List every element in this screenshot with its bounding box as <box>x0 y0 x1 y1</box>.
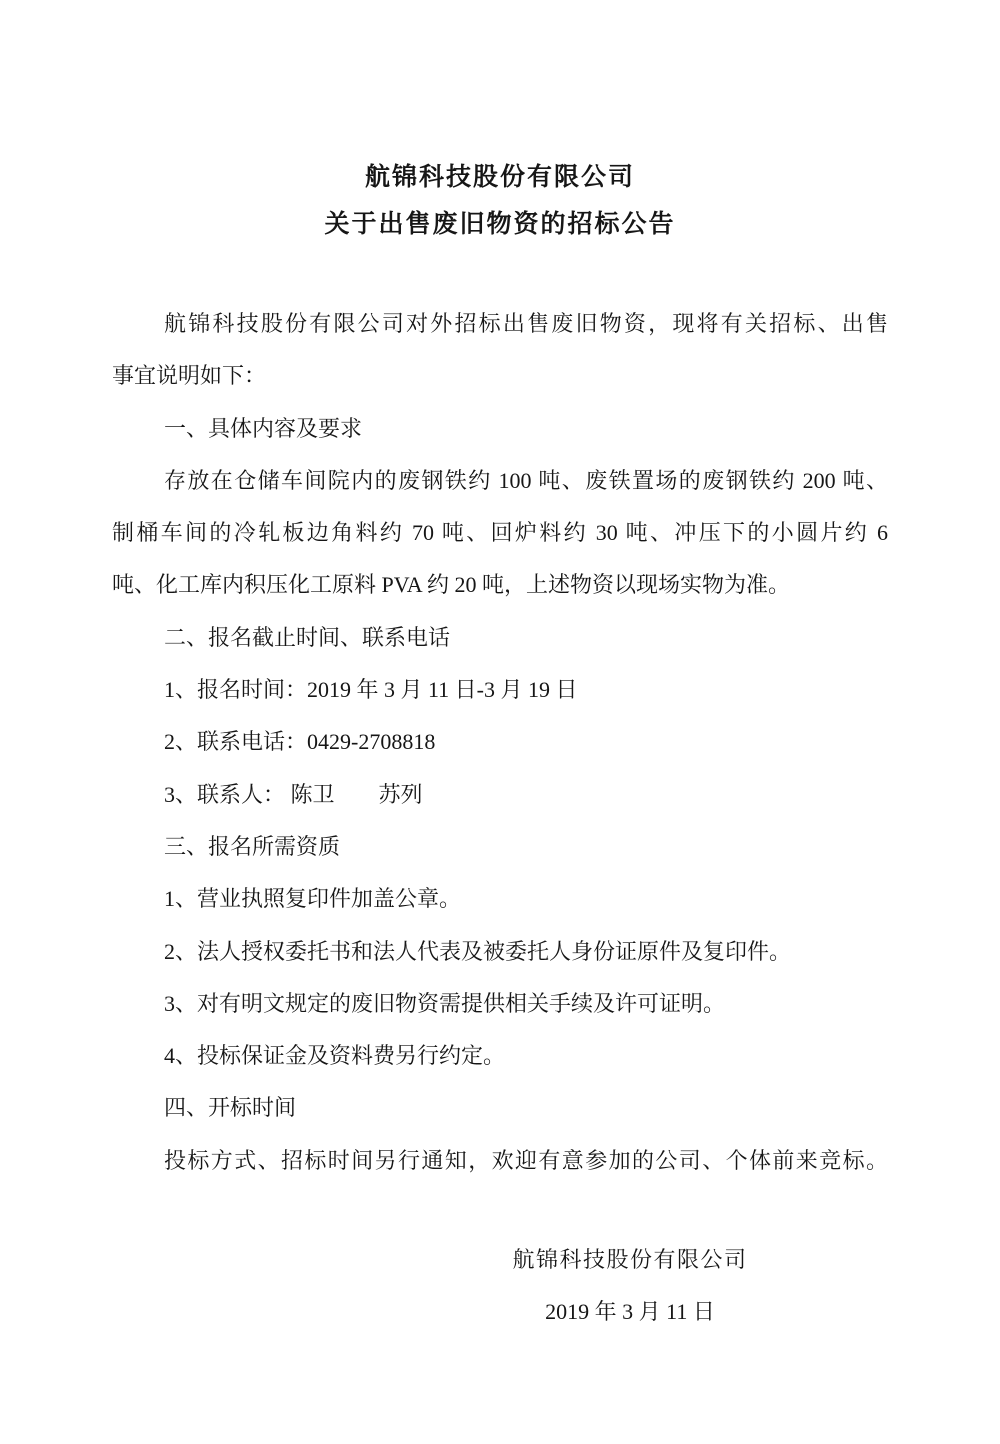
body-line-13: 2、法人授权委托书和法人代表及被委托人身份证原件及复印件。 <box>112 926 888 978</box>
signature-block: 航锦科技股份有限公司 2019 年 3 月 11 日 <box>372 1234 888 1339</box>
body-line-16: 四、开标时间 <box>112 1082 888 1134</box>
body-line-11: 三、报名所需资质 <box>112 821 888 873</box>
body-line-14: 3、对有明文规定的废旧物资需提供相关手续及许可证明。 <box>112 978 888 1030</box>
signature-company: 航锦科技股份有限公司 <box>372 1234 888 1286</box>
body-line-4: 存放在仓储车间院内的废钢铁约 100 吨、废铁置场的废钢铁约 200 吨、 <box>112 455 888 507</box>
signature-date: 2019 年 3 月 11 日 <box>372 1286 888 1338</box>
document-page: 航锦科技股份有限公司 关于出售废旧物资的招标公告 航锦科技股份有限公司对外招标出… <box>0 0 1000 1444</box>
body-line-3: 一、具体内容及要求 <box>112 403 888 455</box>
body-line-10: 3、联系人： 陈卫 苏列 <box>112 769 888 821</box>
body-line-5: 制桶车间的冷轧板边角料约 70 吨、回炉料约 30 吨、冲压下的小圆片约 6 <box>112 507 888 559</box>
body-line-8: 1、报名时间：2019 年 3 月 11 日-3 月 19 日 <box>112 664 888 716</box>
document-body: 航锦科技股份有限公司对外招标出售废旧物资，现将有关招标、出售 事宜说明如下： 一… <box>112 298 888 1187</box>
body-line-2: 事宜说明如下： <box>112 350 888 402</box>
body-line-1: 航锦科技股份有限公司对外招标出售废旧物资，现将有关招标、出售 <box>112 298 888 350</box>
body-line-9: 2、联系电话：0429-2708818 <box>112 716 888 768</box>
body-line-12: 1、营业执照复印件加盖公章。 <box>112 873 888 925</box>
body-line-17: 投标方式、招标时间另行通知，欢迎有意参加的公司、个体前来竞标。 <box>112 1135 888 1187</box>
document-title: 航锦科技股份有限公司 <box>112 154 888 201</box>
document-subtitle: 关于出售废旧物资的招标公告 <box>112 201 888 248</box>
body-line-15: 4、投标保证金及资料费另行约定。 <box>112 1030 888 1082</box>
body-line-6: 吨、化工库内积压化工原料 PVA 约 20 吨，上述物资以现场实物为准。 <box>112 559 888 611</box>
body-line-7: 二、报名截止时间、联系电话 <box>112 612 888 664</box>
